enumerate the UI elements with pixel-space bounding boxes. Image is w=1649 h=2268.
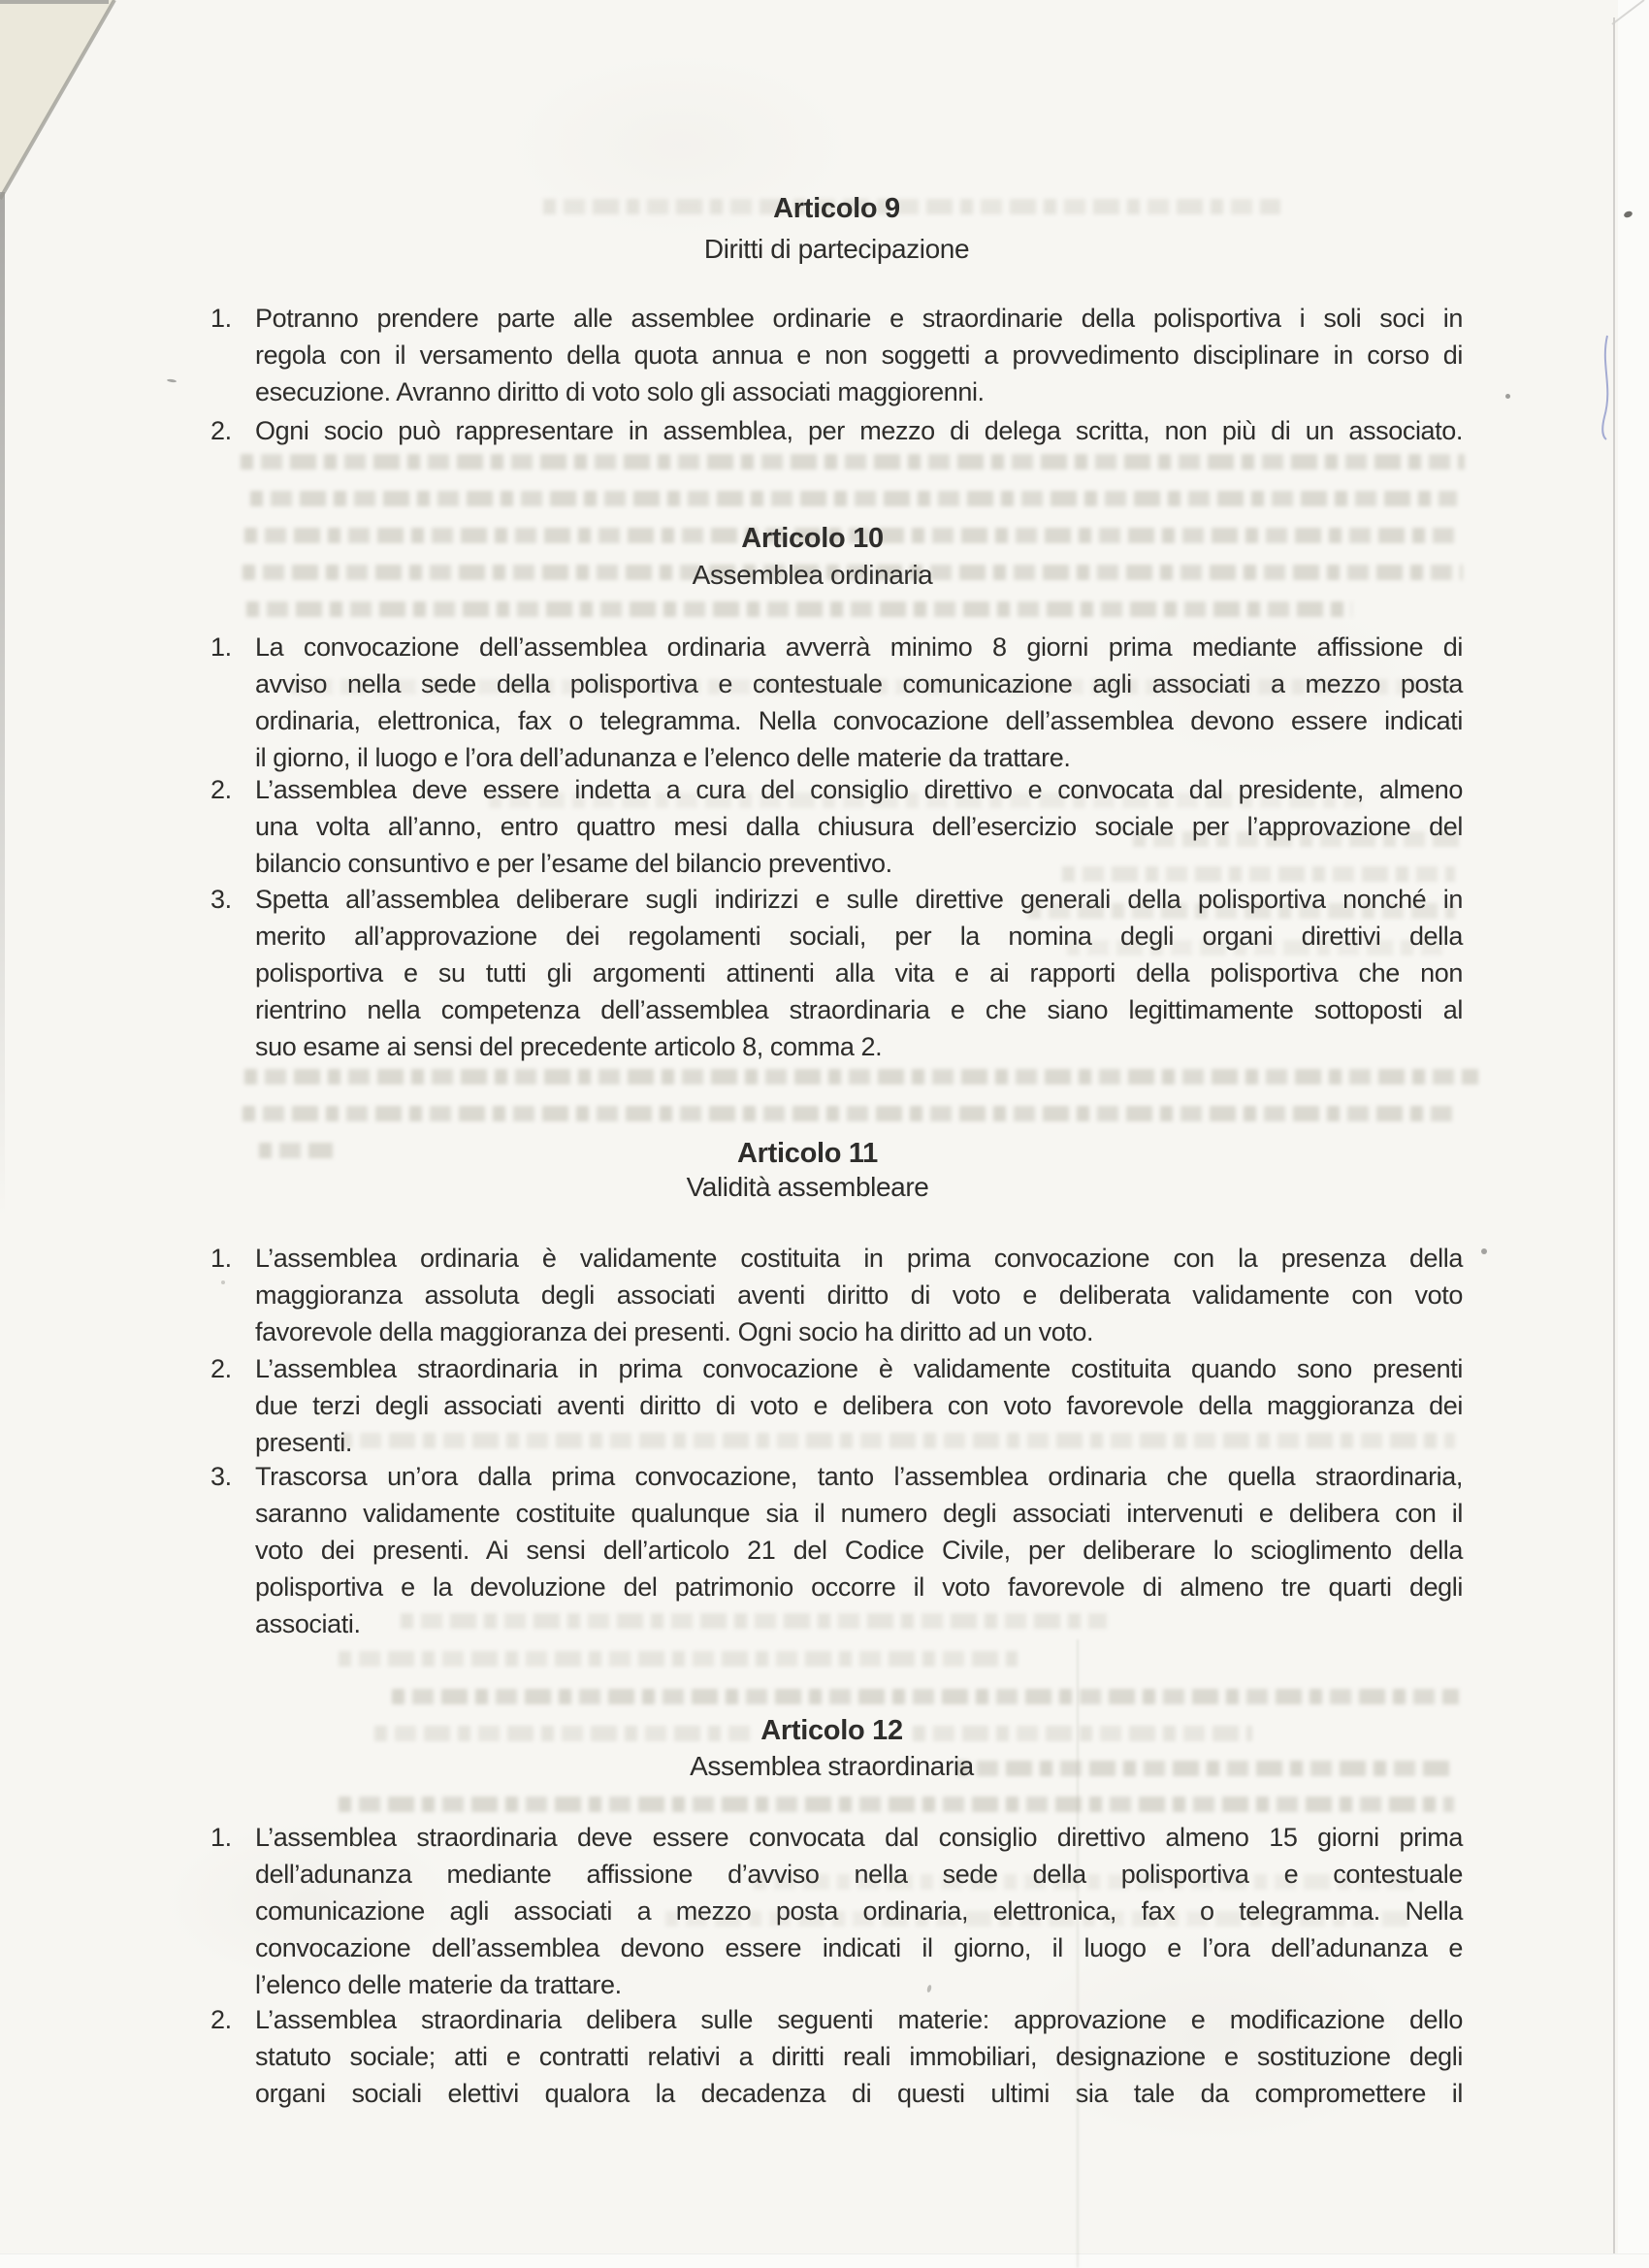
- text-line: L’assemblea straordinaria delibera sulle…: [255, 2001, 1463, 2038]
- paper-crease: [1077, 1639, 1079, 2268]
- list-item-number: 3.: [210, 1458, 232, 1495]
- text-line: esecuzione. Avranno diritto di voto solo…: [255, 373, 1463, 410]
- scanner-edge-shadow-left: [0, 192, 5, 1259]
- list-item-number: 2.: [210, 2001, 232, 2038]
- list-item-number: 1.: [210, 629, 232, 665]
- text-line: organi sociali elettivi qualora la decad…: [255, 2075, 1463, 2112]
- text-line: l’elenco delle materie da trattare.: [255, 1966, 1463, 2003]
- article-title: Articolo 12: [206, 1712, 1458, 1749]
- text-line: suo esame ai sensi del precedente artico…: [255, 1028, 1463, 1065]
- article-subtitle: Validità assembleare: [181, 1169, 1434, 1206]
- list-item: 3. Spetta all’assemblea deliberare sugli…: [210, 881, 1463, 1065]
- list-item-number: 2.: [210, 1350, 232, 1387]
- list-item: 1. La convocazione dell’assemblea ordina…: [210, 629, 1463, 776]
- article-subtitle: Assemblea ordinaria: [186, 557, 1439, 594]
- scan-bed-bottom: [0, 2253, 1649, 2268]
- text-line: maggioranza assoluta degli associati ave…: [255, 1277, 1463, 1313]
- text-line: associati.: [255, 1605, 1463, 1642]
- list-item-number: 2.: [210, 412, 232, 449]
- list-item-number: 1.: [210, 1240, 232, 1277]
- list-item: 2. Ogni socio può rappresentare in assem…: [210, 412, 1463, 449]
- text-line: Trascorsa un’ora dalla prima convocazion…: [255, 1458, 1463, 1495]
- text-line: polisportiva e la devoluzione del patrim…: [255, 1569, 1463, 1605]
- text-line: avviso nella sede della polisportiva e c…: [255, 665, 1463, 702]
- text-line: una volta all’anno, entro quattro mesi d…: [255, 808, 1463, 845]
- text-line: presenti.: [255, 1424, 1463, 1461]
- article-subtitle: Assemblea straordinaria: [206, 1748, 1458, 1785]
- text-line: L’assemblea straordinaria in prima convo…: [255, 1350, 1463, 1387]
- text-line: statuto sociale; atti e contratti relati…: [255, 2038, 1463, 2075]
- scan-bed-right: [1618, 0, 1649, 2268]
- text-line: merito all’approvazione dei regolamenti …: [255, 918, 1463, 955]
- text-line: Spetta all’assemblea deliberare sugli in…: [255, 881, 1463, 918]
- list-item-number: 3.: [210, 881, 232, 918]
- list-item: 1. L’assemblea ordinaria è validamente c…: [210, 1240, 1463, 1350]
- list-item-number: 1.: [210, 1819, 232, 1856]
- text-line: saranno validamente costituite qualunque…: [255, 1495, 1463, 1532]
- text-line: La convocazione dell’assemblea ordinaria…: [255, 629, 1463, 665]
- list-item-number: 2.: [210, 771, 232, 808]
- text-line: rientrino nella competenza dell’assemble…: [255, 991, 1463, 1028]
- text-line: polisportiva e su tutti gli argomenti at…: [255, 955, 1463, 991]
- text-line: convocazione dell’assemblea devono esser…: [255, 1929, 1463, 1966]
- ink-dot: [1481, 1248, 1487, 1254]
- list-item: 1. Potranno prendere parte alle assemble…: [210, 300, 1463, 410]
- text-line: ordinaria, elettronica, fax o telegramma…: [255, 702, 1463, 739]
- text-line: L’assemblea deve essere indetta a cura d…: [255, 771, 1463, 808]
- statute-text-column: Articolo 9 Diritti di partecipazione 1. …: [210, 0, 1463, 2112]
- smudge-mark: [167, 378, 177, 382]
- article-title: Articolo 10: [186, 520, 1439, 557]
- text-line: L’assemblea ordinaria è validamente cost…: [255, 1240, 1463, 1277]
- page-fold-corner: [0, 0, 114, 199]
- page-fold-edge: [0, 0, 109, 4]
- text-line: bilancio consuntivo e per l’esame del bi…: [255, 845, 1463, 882]
- list-item: 3. Trascorsa un’ora dalla prima convocaz…: [210, 1458, 1463, 1642]
- text-line: comunicazione agli associati a mezzo pos…: [255, 1893, 1463, 1929]
- list-item: 2. L’assemblea straordinaria delibera su…: [210, 2001, 1463, 2112]
- text-line: due terzi degli associati aventi diritto…: [255, 1387, 1463, 1424]
- scanned-page: Articolo 9 Diritti di partecipazione 1. …: [0, 0, 1649, 2268]
- article-title: Articolo 9: [210, 190, 1463, 227]
- text-line: Ogni socio può rappresentare in assemble…: [255, 412, 1463, 449]
- text-line: Potranno prendere parte alle assemblee o…: [255, 300, 1463, 337]
- text-line: voto dei presenti. Ai sensi dell’articol…: [255, 1532, 1463, 1569]
- list-item: 1. L’assemblea straordinaria deve essere…: [210, 1819, 1463, 2003]
- smudge-mark: [221, 1280, 225, 1284]
- paper-edge-right: [1613, 17, 1615, 2253]
- article-subtitle: Diritti di partecipazione: [210, 231, 1463, 268]
- list-item-number: 1.: [210, 300, 232, 337]
- text-line: favorevole della maggioranza dei present…: [255, 1313, 1463, 1350]
- ink-dot: [1505, 394, 1510, 399]
- article-title: Articolo 11: [181, 1135, 1434, 1172]
- list-item: 2. L’assemblea straordinaria in prima co…: [210, 1350, 1463, 1461]
- list-item: 2. L’assemblea deve essere indetta a cur…: [210, 771, 1463, 882]
- pen-mark: [1602, 336, 1607, 439]
- text-line: L’assemblea straordinaria deve essere co…: [255, 1819, 1463, 1856]
- text-line: dell’adunanza mediante affissione d’avvi…: [255, 1856, 1463, 1893]
- text-line: regola con il versamento della quota ann…: [255, 337, 1463, 373]
